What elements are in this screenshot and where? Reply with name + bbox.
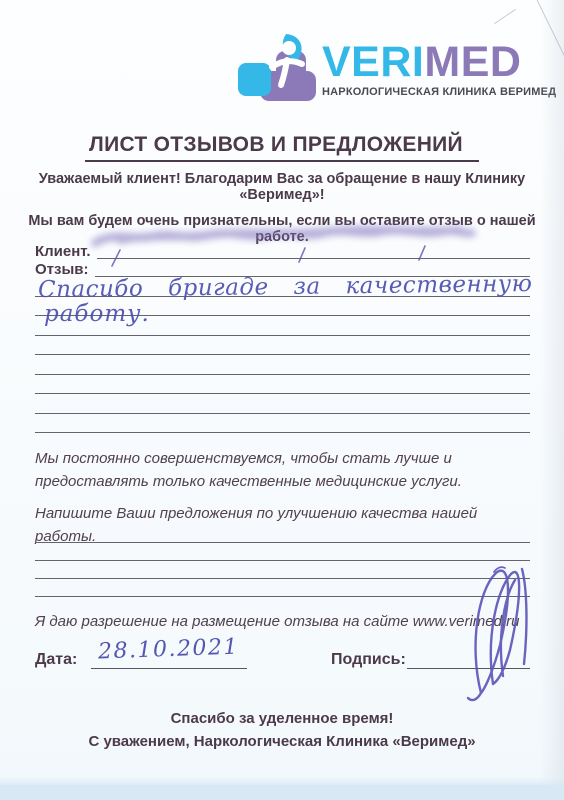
review-label: Отзыв: (35, 262, 89, 277)
client-field: Клиент. (35, 243, 530, 259)
medical-cross-person-icon (236, 33, 322, 103)
page-title: ЛИСТ ОТЗЫВОВ И ПРЕДЛОЖЕНИЙ (85, 133, 479, 162)
clinic-tagline: НАРКОЛОГИЧЕСКАЯ КЛИНИКА ВЕРИМЕД (322, 86, 556, 98)
logo-text: VERIMED НАРКОЛОГИЧЕСКАЯ КЛИНИКА ВЕРИМЕД (322, 43, 556, 98)
title-row: ЛИСТ ОТЗЫВОВ И ПРЕДЛОЖЕНИЙ (0, 133, 564, 162)
ruled-line (35, 394, 530, 414)
client-label: Клиент. (35, 244, 91, 259)
signature-label: Подпись: (331, 651, 406, 669)
scanned-feedback-sheet: VERIMED НАРКОЛОГИЧЕСКАЯ КЛИНИКА ВЕРИМЕД … (0, 0, 564, 800)
quality-note: Мы постоянно совершенствуемся, чтобы ста… (35, 447, 535, 494)
table-background-strip (0, 785, 564, 800)
table-edge-fade (0, 777, 564, 785)
brand-teal-part: VERI (322, 38, 424, 86)
footer-line-2: С уважением, Наркологическая Клиника «Ве… (0, 731, 564, 754)
ruled-line (35, 375, 530, 395)
ruled-line (35, 579, 530, 597)
suggestion-ruled-lines (35, 525, 530, 597)
intro-line-1: Уважаемый клиент! Благодарим Вас за обра… (0, 171, 564, 203)
ruled-line (35, 355, 530, 375)
footer-line-1: Спасибо за уделенное время! (0, 708, 564, 731)
ruled-line (35, 561, 530, 579)
date-label: Дата: (35, 651, 77, 669)
ruled-line (35, 543, 530, 561)
signature-line (407, 650, 530, 669)
clinic-logo: VERIMED НАРКОЛОГИЧЕСКАЯ КЛИНИКА ВЕРИМЕД (236, 33, 556, 103)
handwritten-date: 28.10.2021 (98, 635, 240, 665)
brand-wordmark: VERIMED (322, 43, 556, 83)
client-line (97, 258, 530, 259)
ruled-line (35, 414, 530, 434)
brand-purple-part: MED (424, 38, 521, 86)
handwritten-review-line-2: работу. (44, 301, 150, 327)
consent-statement: Я даю разрешение на размещение отзыва на… (35, 610, 535, 633)
ruled-line (35, 336, 530, 356)
ruled-line (35, 525, 530, 543)
intro-line-2: Мы вам будем очень признательны, если вы… (0, 213, 564, 245)
footer-text: Спасибо за уделенное время! С уважением,… (0, 708, 564, 753)
